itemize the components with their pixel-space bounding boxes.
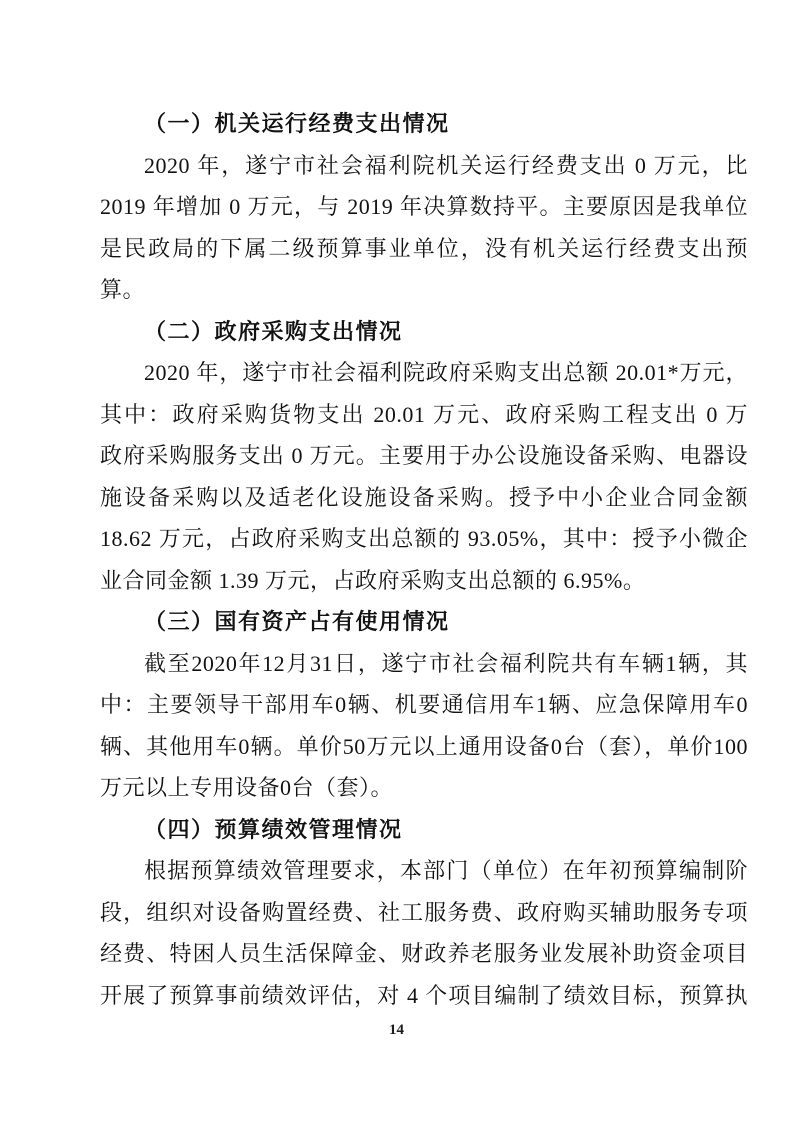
section-2-line-2: 其中：政府采购货物支出 20.01 万元、政府采购工程支出 0 万元、: [100, 394, 748, 436]
section-2-line-5: 18.62 万元，占政府采购支出总额的 93.05%，其中：授予小微企: [100, 518, 748, 560]
section-3-heading: （三）国有资产占有使用情况: [100, 601, 748, 643]
section-4-line-1: 根据预算绩效管理要求，本部门（单位）在年初预算编制阶: [100, 850, 748, 892]
section-1-line-2: 2019 年增加 0 万元，与 2019 年决算数持平。主要原因是我单位: [100, 186, 748, 228]
page-number: 14: [389, 1022, 404, 1038]
document-body: （一）机关运行经费支出情况 2020 年，遂宁市社会福利院机关运行经费支出 0 …: [100, 103, 748, 1016]
section-2-line-6: 业合同金额 1.39 万元，占政府采购支出总额的 6.95%。: [100, 560, 748, 602]
section-2-line-4: 施设备采购以及适老化设施设备采购。授予中小企业合同金额: [100, 477, 748, 519]
section-3-line-3: 辆、其他用车0辆。单价50万元以上通用设备0台（套），单价100: [100, 726, 748, 768]
document-page: （一）机关运行经费支出情况 2020 年，遂宁市社会福利院机关运行经费支出 0 …: [0, 0, 793, 1122]
section-1-line-1: 2020 年，遂宁市社会福利院机关运行经费支出 0 万元，比: [100, 145, 748, 187]
section-4-line-2: 段，组织对设备购置经费、社工服务费、政府购买辅助服务专项: [100, 892, 748, 934]
section-1-line-3: 是民政局的下属二级预算事业单位，没有机关运行经费支出预: [100, 228, 748, 270]
page-footer: 14: [0, 1022, 793, 1039]
section-2-line-1: 2020 年，遂宁市社会福利院政府采购支出总额 20.01*万元，: [100, 352, 748, 394]
section-2-line-3: 政府采购服务支出 0 万元。主要用于办公设施设备采购、电器设: [100, 435, 748, 477]
section-4-line-4: 开展了预算事前绩效评估，对 4 个项目编制了绩效目标，预算执: [100, 975, 748, 1017]
section-3-line-4: 万元以上专用设备0台（套）。: [100, 767, 748, 809]
section-4-line-3: 经费、特困人员生活保障金、财政养老服务业发展补助资金项目: [100, 933, 748, 975]
section-4-heading: （四）预算绩效管理情况: [100, 809, 748, 851]
section-3-line-2: 中：主要领导干部用车0辆、机要通信用车1辆、应急保障用车0: [100, 684, 748, 726]
section-1-line-4: 算。: [100, 269, 748, 311]
section-2-heading: （二）政府采购支出情况: [100, 311, 748, 353]
section-3-line-1: 截至2020年12月31日，遂宁市社会福利院共有车辆1辆，其: [100, 643, 748, 685]
section-1-heading: （一）机关运行经费支出情况: [100, 103, 748, 145]
